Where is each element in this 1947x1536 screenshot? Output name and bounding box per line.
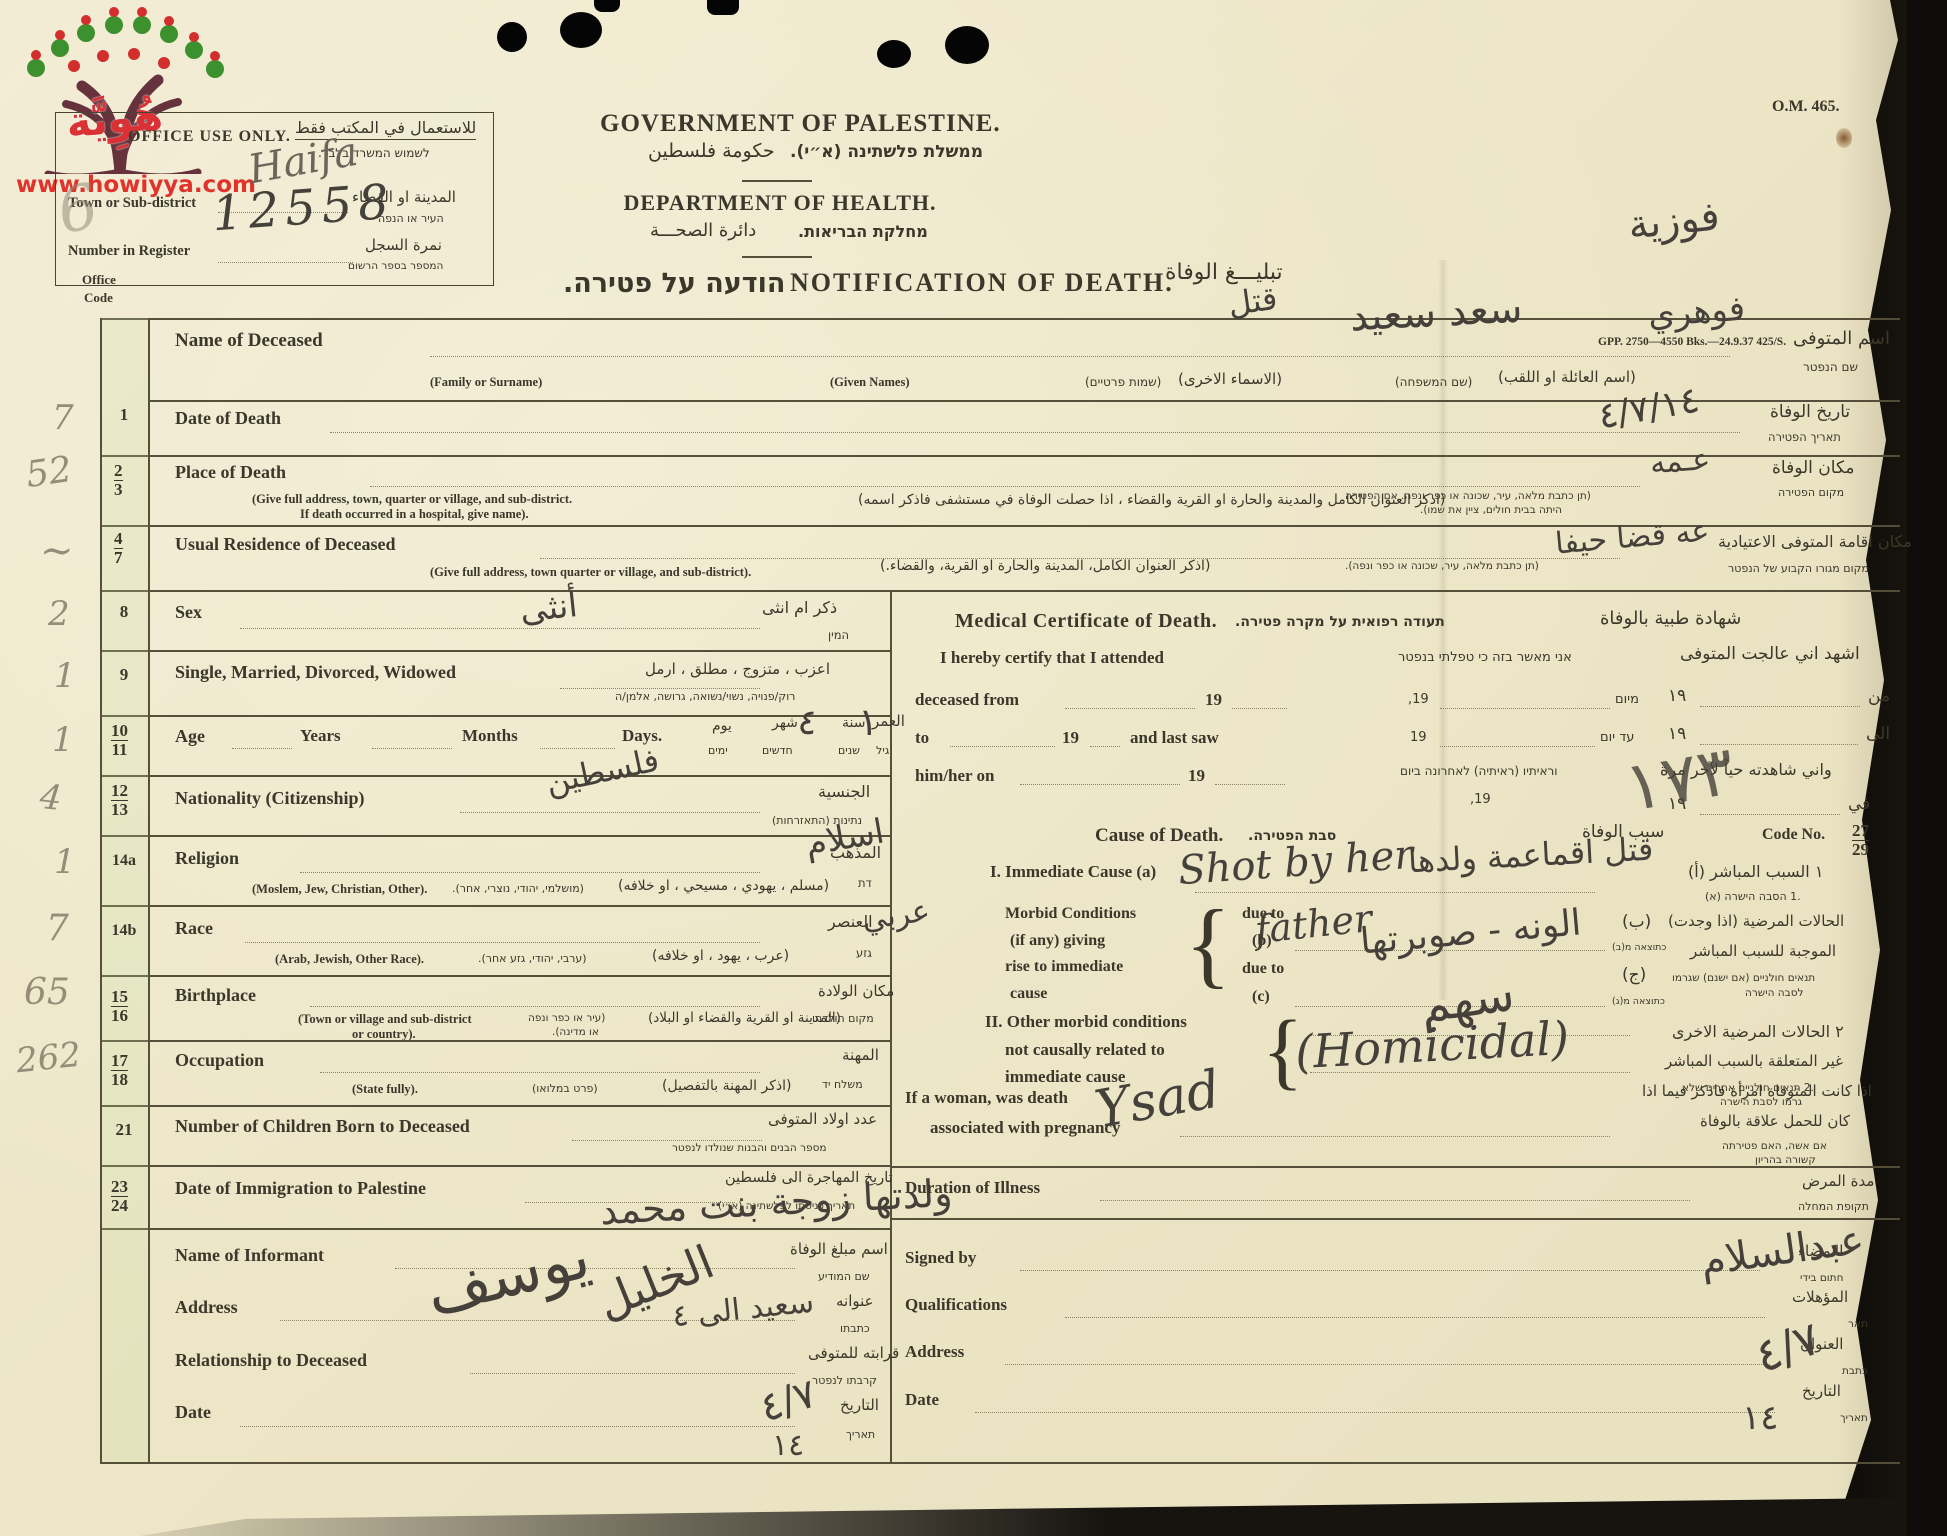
certify-hebrew-to: עד יום [1600,730,1634,745]
family-name-arabic: (اسم العائلة او اللقب) [1498,368,1636,386]
race-label: Race [175,918,213,939]
age-day-arabic: يوم [712,718,732,734]
religion-hebrew: דת [858,876,872,890]
row-code: 1718 [111,1052,128,1089]
birthplace-sub-en: or country). [352,1027,416,1042]
handwritten-death-place: عـمه [1649,442,1711,481]
certify-19: 19 [1062,728,1079,748]
handwritten-name: سعد سعيد [1349,286,1524,341]
informant-name-hebrew: שם המודיע [818,1270,870,1283]
informant-date-label: Date [175,1402,211,1423]
row-code: 1516 [111,988,128,1025]
due-to-b: due to [1242,905,1284,923]
fill-line [218,262,353,263]
if-woman-arabic: كان للحمل علاقة بالوفاة [1700,1112,1850,1130]
race-sub-hebrew: (ערבי, יהודי, גזע אחר). [478,952,587,965]
nationality-arabic: الجنسية [818,782,870,801]
fill-line [572,1140,762,1141]
immediate-cause-label: I. Immediate Cause (a) [990,862,1156,882]
handwritten-name: فوهري [1647,289,1747,336]
age-hebrew: גיל [876,744,889,757]
punch-hole [945,26,989,64]
certify-lastsaw: and last saw [1130,728,1219,748]
number-register-hebrew: המספר בספר הרשום [348,260,443,272]
table-line [100,1228,890,1230]
row-code: 1011 [111,722,128,759]
office-code-label-2: Code [84,290,113,306]
certify-him: him/her on [915,766,995,786]
nationality-label: Nationality (Citizenship) [175,788,365,809]
fill-line [1005,1364,1770,1365]
immediate-cause-hebrew: .1 הסבה הישרה (א) [1705,890,1801,903]
margin-code: 65 [24,972,70,1013]
other-morbid-arabic: غير المتعلقة بالسبب المباشر [1665,1052,1843,1070]
margin-code: 4 [38,777,64,819]
if-woman-hebrew: אם אשה, האם פטירתה [1722,1140,1827,1152]
handwritten-doctor-date: ١٤ [1742,1398,1779,1438]
family-surname-label: (Family or Surname) [430,375,542,390]
occupation-arabic: المهنة [842,1046,879,1064]
table-line [100,975,890,977]
religion-sub-en: (Moslem, Jew, Christian, Other). [252,882,427,897]
row-code: 21 [102,1120,146,1140]
signed-by-label: Signed by [905,1248,976,1268]
margin-code: 1 [52,720,74,760]
punch-hole [497,22,527,52]
fill-line [232,748,292,749]
religion-sub-arabic: (مسلم ، يهودي ، مسيحي ، او خلافه) [618,878,829,894]
certify-hebrew-19: 19 [1410,730,1427,745]
form-number: O.M. 465. [1772,98,1840,116]
government-arabic: حكومة فلسطين [648,140,775,162]
table-line [100,835,890,837]
medical-certificate-title: Medical Certificate of Death. [955,610,1217,633]
department-hebrew: מחלקת הבריאות. [798,222,928,241]
margin-code: 1 [54,842,76,882]
row-code: 1 [102,405,146,425]
race-hebrew: גזע [856,946,872,960]
morbid-conditions-label: rise to immediate [1005,958,1123,976]
morbid-arabic: الحالات المرضية (اذا وجدت) [1668,912,1844,930]
occupation-label: Occupation [175,1050,264,1071]
row-code: 9 [102,665,146,685]
margin-code: 262 [14,1035,83,1082]
fill-line [560,688,760,689]
given-names-label: (Given Names) [830,375,910,390]
residence-sub-en: (Give full address, town quarter or vill… [430,565,751,580]
birthplace-arabic: مكان الولادة [818,982,894,1000]
certify-hebrew-from: מיום [1615,692,1639,707]
table-line [100,1105,890,1107]
handwritten-age-years: ١ [858,700,878,744]
morbid-conditions-label: (if any) giving [1010,932,1105,950]
doctor-date-arabic: التاريخ [1802,1382,1841,1400]
birthplace-sub-hebrew: או מדינה). [552,1026,599,1038]
informant-address-arabic: عنوانه [836,1292,874,1310]
other-morbid-label: not causally related to [1005,1040,1165,1060]
certify-19: 19 [1205,690,1222,710]
place-of-death-hebrew: מקום הפטירה [1778,486,1844,499]
given-names-hebrew: (שמות פרטיים) [1085,375,1161,389]
occupation-sub-hebrew: (פרט במלואו) [532,1082,598,1095]
scanned-death-notification-form: هُوِيَّة www.howiyya.com OFFICE USE ONLY… [0,0,1947,1536]
fill-line [330,432,1740,433]
age-month-hebrew: חדשים [762,744,793,757]
fill-line [1065,708,1195,709]
informant-date-arabic: التاريخ [840,1396,879,1414]
department-title: DEPARTMENT OF HEALTH. [620,190,940,216]
scan-mark [707,0,739,15]
due-to-b-letter: (b) [1252,932,1272,950]
race-sub-en: (Arab, Jewish, Other Race). [275,952,424,967]
scan-mark [594,0,620,12]
immigration-date-label: Date of Immigration to Palestine [175,1178,426,1199]
certify-19: 19 [1188,766,1205,786]
place-sub-hebrew: (תן כתבת מלאה, עיר, שכונה או כפר ונפה. א… [1345,490,1591,502]
certify-hebrew-19: 19, [1408,692,1429,707]
office-code-label-1: Office [82,272,116,288]
row-code: 2324 [111,1178,128,1215]
medical-certificate-title-hebrew: תעודה רפואית על מקרה פטירה. [1235,614,1445,630]
due-b-arabic: (ب) [1622,912,1651,932]
divider [742,256,812,258]
fill-line [1180,1136,1610,1137]
fill-line [1065,1317,1765,1318]
marital-status-label: Single, Married, Divorced, Widowed [175,662,456,683]
fill-line [975,1412,1775,1413]
due-b-hebrew: כתוצאה מ(ב) [1612,942,1666,953]
punch-hole [877,40,911,68]
medical-certificate-title-arabic: شهادة طبية بالوفاة [1600,608,1741,629]
edge-shadow [1837,0,1907,1536]
fill-line [300,872,760,873]
table-line [100,1040,890,1042]
children-born-label: Number of Children Born to Deceased [175,1116,470,1137]
children-hebrew: מספר הבנים והבנות שנולדו לנפטר [672,1142,827,1154]
religion-sub-hebrew: (מושלמי, יהודי, נוצרי, אחר). [452,882,584,895]
given-names-arabic: (الاسماء الاخرى) [1178,370,1282,388]
row-code: 23 [114,462,123,499]
name-of-deceased-label: Name of Deceased [175,330,323,352]
if-woman-label: If a woman, was death [905,1088,1068,1108]
panel-line [890,1166,1900,1168]
certify-hebrew-19: 19, [1470,792,1491,807]
table-line [100,1165,890,1167]
code-column-tint [102,318,148,1462]
fill-line [470,1373,795,1374]
morbid-hebrew: תנאים חולניים (אם ישנם) שגרמו [1672,972,1815,984]
brace: { [1185,888,1231,999]
place-sub-en: (Give full address, town, quarter or vil… [252,492,572,507]
margin-code: 7 [46,908,69,949]
margin-code: 7 [52,398,74,438]
table-line [100,775,890,777]
fill-line [1100,1200,1690,1201]
fill-line [1215,784,1285,785]
race-sub-arabic: (عرب ، يهود ، او خلافه) [652,948,789,964]
department-arabic: دائرة الصحـــة [650,220,756,241]
occupation-sub-en: (State fully). [352,1082,418,1097]
morbid-conditions-label: cause [1010,985,1047,1003]
table-line [100,1462,1900,1464]
relationship-arabic: قرابته للمتوفى [808,1344,899,1362]
marital-arabic: اعزب ، متزوج ، مطلق ، ارمل [645,660,830,678]
doctor-date-label: Date [905,1390,939,1410]
table-line [100,590,1900,592]
fill-line [240,1426,795,1427]
divider [742,180,812,182]
residence-sub-arabic: (اذكر العنوان الكامل، المدينة والحارة او… [880,558,1210,574]
fill-line [1232,708,1287,709]
handwritten-name: قتل [1226,279,1280,323]
notification-title: NOTIFICATION OF DEATH. [790,268,1174,298]
notification-title-hebrew: הודעה על פטירה. [563,268,785,299]
usual-residence-label: Usual Residence of Deceased [175,534,395,555]
relationship-label: Relationship to Deceased [175,1350,367,1371]
if-woman-hebrew: קשורה בהריון [1755,1154,1816,1166]
handwritten-top-name: فوزية [1626,193,1722,248]
children-arabic: عدد اولاد المتوفى [768,1110,877,1128]
informant-date-hebrew: תאריך [846,1428,875,1441]
table-line [100,905,890,907]
date-of-death-hebrew: תאריך הפטירה [1768,430,1841,444]
table-line [100,318,1900,320]
print-reference: GPP. 2750—4550 Bks.—24.9.37 425/S. [1598,336,1786,348]
sex-hebrew: המין [828,628,849,642]
fill-line [460,812,760,813]
fill-line [430,356,1730,357]
fill-line [1440,746,1595,747]
marital-hebrew: רוק/פנויה, נשוי/נשואה, גרושה, אלמן/ה [615,690,795,703]
religion-label: Religion [175,848,239,869]
row-code: 1213 [111,782,128,819]
sex-label: Sex [175,602,202,623]
row-code: 8 [102,602,146,622]
fill-line [310,1006,760,1007]
morbid-hebrew: לסבה הישרה [1745,987,1803,999]
fill-line [320,1072,760,1073]
fill-line [540,748,615,749]
number-register-arabic: نمرة السجل [365,236,442,254]
place-sub-en: If death occurred in a hospital, give na… [300,507,529,522]
sex-arabic: ذكر ام انثى [762,598,837,617]
fill-line [245,942,760,943]
fill-line [1020,1270,1760,1271]
age-month-arabic: شهر [772,715,798,731]
duration-illness-label: Duration of Illness [905,1178,1040,1198]
punch-hole [560,12,602,48]
fill-line [1700,706,1860,707]
due-to-c: due to [1242,960,1284,978]
place-of-death-label: Place of Death [175,462,286,483]
other-morbid-arabic: ٢ الحالات المرضية الاخرى [1672,1022,1844,1041]
occupation-sub-arabic: (اذكر المهنة بالتفصيل) [662,1078,791,1094]
row-code: 14a [102,852,146,870]
other-morbid-label: II. Other morbid conditions [985,1012,1187,1032]
fill-line [950,746,1055,747]
certify-arabic: اشهد اني عالجت المتوفى [1680,644,1860,664]
margin-code: 1 [54,656,76,696]
row-code: 47 [114,530,123,567]
certify-to: to [915,728,929,748]
informant-address-label: Address [175,1297,238,1318]
handwritten-informant-date: ١٤ [772,1428,804,1463]
certify-from: deceased from [915,690,1019,710]
birthplace-sub-en: (Town or village and sub-district [298,1012,472,1027]
fill-line [372,748,452,749]
fill-line [1700,814,1840,815]
fill-line [1020,784,1180,785]
fill-line [1090,746,1120,747]
immediate-cause-arabic: ١ السبب المباشر (أ) [1688,862,1823,881]
birthplace-hebrew: מקום הולדתו [812,1012,874,1025]
government-hebrew: ממשלת פלשתינה (א״י). [790,142,983,162]
certify-arabic-19: ١٩ [1668,686,1686,706]
age-months-label: Months [462,726,518,746]
date-of-death-label: Date of Death [175,408,281,429]
age-day-hebrew: ימים [708,744,728,757]
fill-line [370,486,1640,487]
birthplace-label: Birthplace [175,985,256,1006]
fold-crease [1438,260,1448,1000]
code-no-label: Code No. [1762,826,1825,844]
due-c-hebrew: כתוצאה מ(ג) [1612,996,1665,1007]
row-code: 14b [102,922,146,940]
informant-address-hebrew: כתבתו [840,1322,870,1335]
margin-code: 52 [23,449,74,496]
certify-hebrew-saw: וראיתיו (ראיתיה) לאחרונה ביום [1400,764,1558,778]
handwritten-sex: أنثى [518,585,579,631]
if-woman-label: associated with pregnancy [930,1118,1120,1138]
age-label: Age [175,726,205,747]
due-c-arabic: (ج) [1622,965,1646,985]
government-title: GOVERNMENT OF PALESTINE. [600,110,960,138]
margin-code: 2 [48,594,70,634]
certify-text: I hereby certify that I attended [940,648,1164,668]
morbid-conditions-label: Morbid Conditions [1005,905,1136,923]
certify-hebrew: אני מאשר בזה כי טפלתי בנפטר [1398,650,1572,665]
informant-name-arabic: اسم مبلغ الوفاة [790,1240,888,1258]
age-years-label: Years [300,726,341,746]
fill-line [1195,892,1595,893]
doctor-address-label: Address [905,1342,964,1362]
fill-line [240,628,760,629]
number-register-label: Number in Register [68,243,190,260]
panel-line [890,1218,1900,1220]
fill-line [1440,708,1610,709]
code-column-border [148,318,150,1464]
age-year-hebrew: שנים [838,744,860,757]
people-canopy [27,7,224,78]
margin-code: ∼ [40,528,74,574]
informant-name-label: Name of Informant [175,1245,324,1266]
occupation-hebrew: משלח יד [822,1078,863,1091]
relationship-hebrew: קרבתו לנפטר [812,1374,877,1387]
qualifications-label: Qualifications [905,1295,1007,1315]
morbid-arabic: الموجبة للسبب المباشر [1690,942,1836,960]
family-name-hebrew: (שם המשפחה) [1395,375,1472,389]
cause-of-death-title: Cause of Death. [1095,825,1223,847]
table-line [100,455,1900,457]
table-line [100,650,890,652]
birthplace-sub-hebrew: (עיר או כפר ונפה [528,1012,605,1024]
